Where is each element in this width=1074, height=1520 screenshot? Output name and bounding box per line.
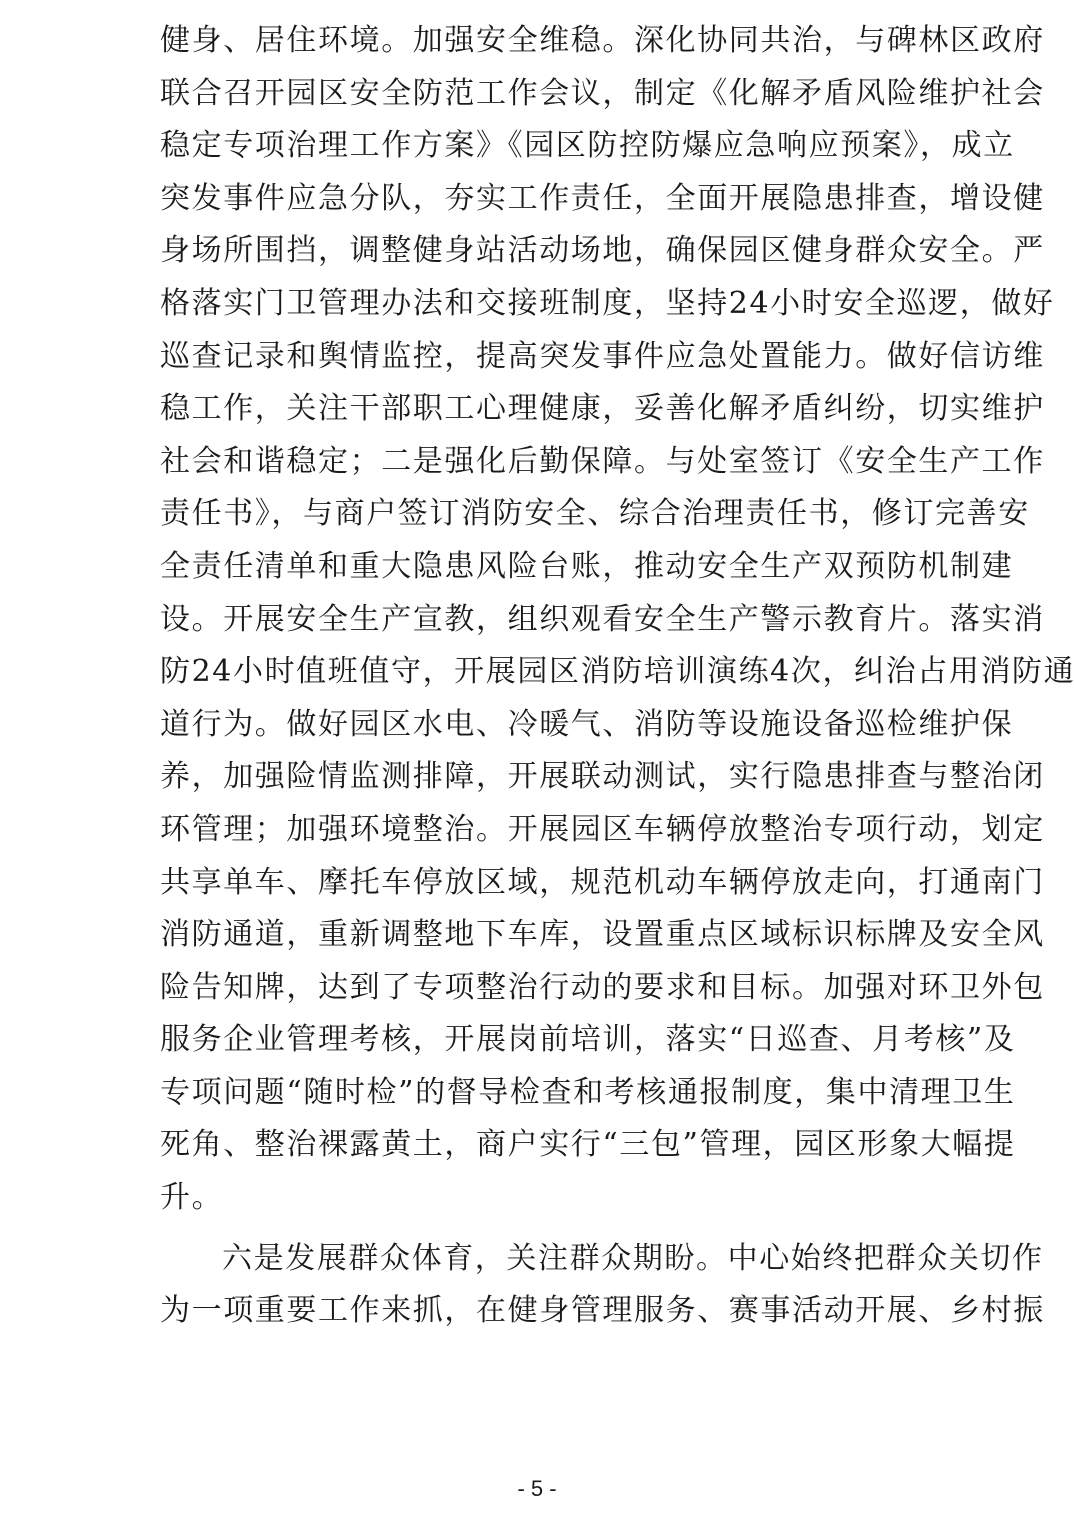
text-line: 突发事件应急分队，夯实工作责任，全面开展隐患排查，增设健: [160, 173, 930, 226]
text-line: 稳工作，关注干部职工心理健康，妥善化解矛盾纠纷，切实维护: [160, 383, 930, 436]
text-line: 专项问题“随时检”的督导检查和考核通报制度，集中清理卫生: [160, 1067, 930, 1120]
paragraph-spacing: [160, 1225, 930, 1233]
page-number: - 5 -: [0, 1476, 1074, 1502]
text-line: 环管理；加强环境整治。开展园区车辆停放整治专项行动，划定: [160, 804, 930, 857]
text-line: 死角、整治裸露黄土，商户实行“三包”管理，园区形象大幅提: [160, 1119, 930, 1172]
text-line: 设。开展安全生产宣教，组织观看安全生产警示教育片。落实消: [160, 594, 930, 647]
text-line: 全责任清单和重大隐患风险台账，推动安全生产双预防机制建: [160, 541, 930, 594]
text-line: 升。: [160, 1172, 930, 1225]
document-page: 健身、居住环境。加强安全维稳。深化协同共治，与碑林区政府 联合召开园区安全防范工…: [0, 0, 1074, 1520]
paragraph-2: 六是发展群众体育，关注群众期盼。中心始终把群众关切作 为一项重要工作来抓，在健身…: [160, 1233, 930, 1338]
text-line: 为一项重要工作来抓，在健身管理服务、赛事活动开展、乡村振: [160, 1285, 930, 1338]
text-line: 责任书》，与商户签订消防安全、综合治理责任书，修订完善安: [160, 488, 930, 541]
body-text: 健身、居住环境。加强安全维稳。深化协同共治，与碑林区政府 联合召开园区安全防范工…: [160, 15, 930, 1338]
paragraph-1: 健身、居住环境。加强安全维稳。深化协同共治，与碑林区政府 联合召开园区安全防范工…: [160, 15, 930, 1225]
text-line: 服务企业管理考核，开展岗前培训，落实“日巡查、月考核”及: [160, 1014, 930, 1067]
text-line: 险告知牌，达到了专项整治行动的要求和目标。加强对环卫外包: [160, 962, 930, 1015]
text-line: 道行为。做好园区水电、冷暖气、消防等设施设备巡检维护保: [160, 699, 930, 752]
text-line: 防24小时值班值守，开展园区消防培训演练4次，纠治占用消防通: [160, 646, 930, 699]
text-line: 格落实门卫管理办法和交接班制度，坚持24小时安全巡逻，做好: [160, 278, 930, 331]
text-line: 健身、居住环境。加强安全维稳。深化协同共治，与碑林区政府: [160, 15, 930, 68]
text-line: 联合召开园区安全防范工作会议，制定《化解矛盾风险维护社会: [160, 68, 930, 121]
text-line: 六是发展群众体育，关注群众期盼。中心始终把群众关切作: [160, 1233, 930, 1286]
text-line: 养，加强险情监测排障，开展联动测试，实行隐患排查与整治闭: [160, 751, 930, 804]
text-line: 巡查记录和舆情监控，提高突发事件应急处置能力。做好信访维: [160, 331, 930, 384]
text-line: 稳定专项治理工作方案》《园区防控防爆应急响应预案》，成立: [160, 120, 930, 173]
text-line: 共享单车、摩托车停放区域，规范机动车辆停放走向，打通南门: [160, 857, 930, 910]
text-line: 消防通道，重新调整地下车库，设置重点区域标识标牌及安全风: [160, 909, 930, 962]
text-line: 身场所围挡，调整健身站活动场地，确保园区健身群众安全。严: [160, 225, 930, 278]
text-line: 社会和谐稳定；二是强化后勤保障。与处室签订《安全生产工作: [160, 436, 930, 489]
